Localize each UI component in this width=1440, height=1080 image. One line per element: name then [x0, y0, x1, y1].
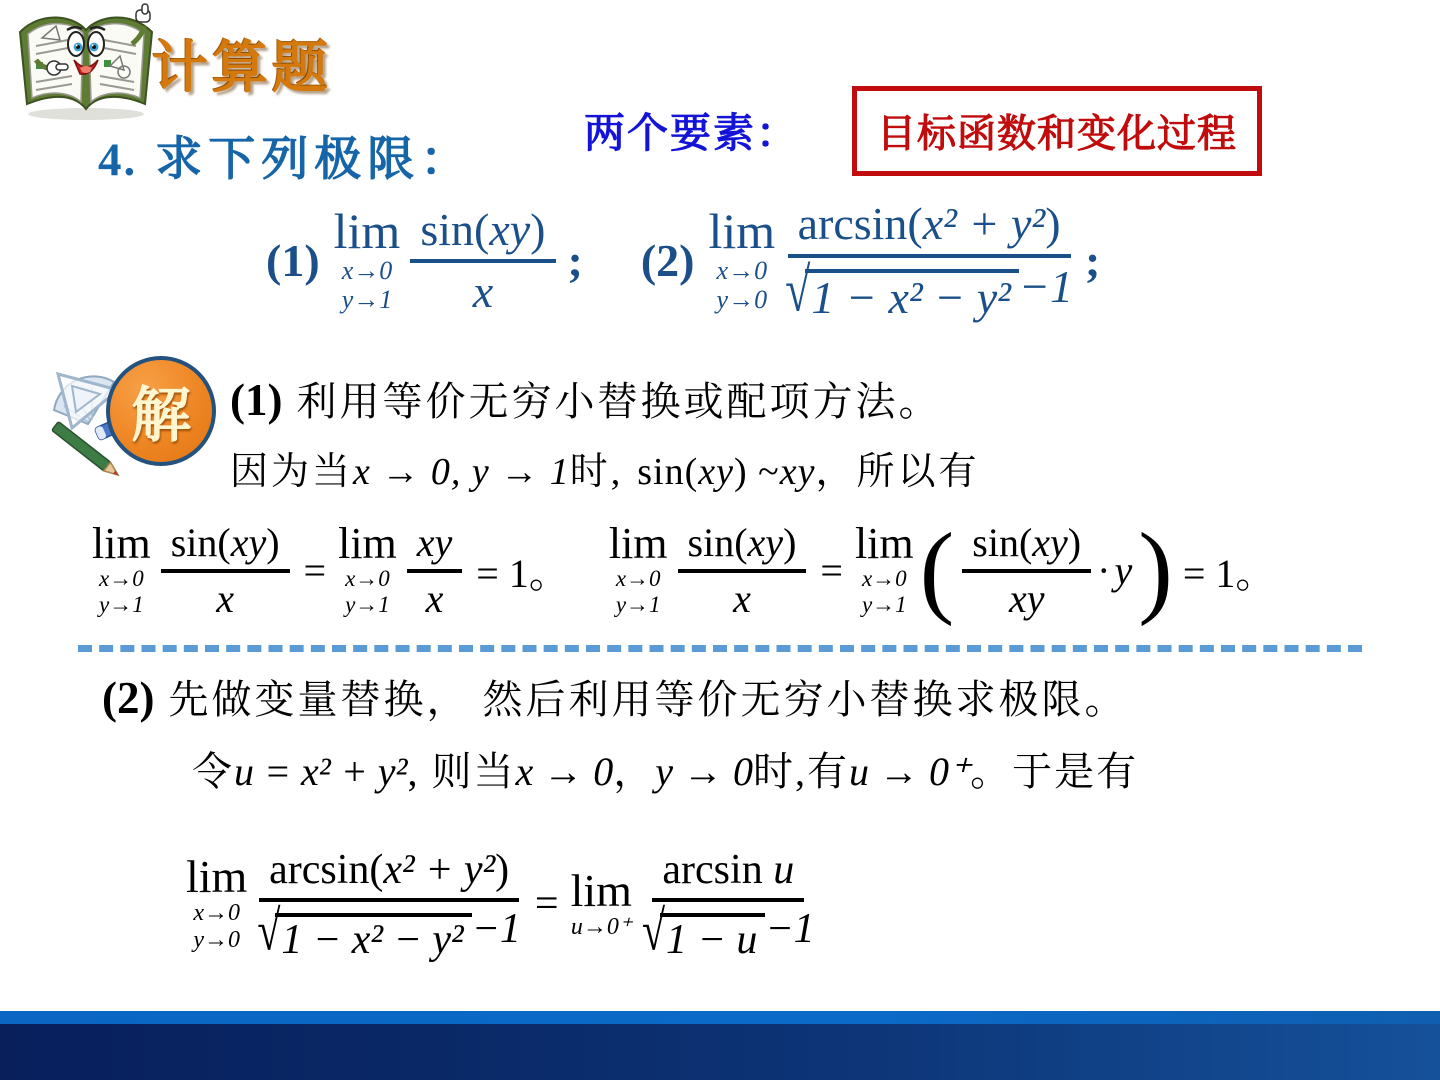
- square-root: √1 − u: [642, 907, 765, 962]
- square-root: √1 − x² − y²: [785, 263, 1019, 322]
- substitution-line: 令 u = x² + y² , 则当 x → 0 ， y → 0 时, 有 u …: [192, 740, 1138, 797]
- target-function-box: 目标函数和变化过程: [852, 86, 1262, 176]
- result: = 1。: [476, 542, 569, 599]
- step2-heading: (2) 先做变量替换， 然后利用等价无穷小替换求极限。: [102, 668, 1127, 725]
- limit-operator: lim u→0⁺: [571, 868, 632, 941]
- two-elements-label: 两个要素：: [584, 100, 799, 159]
- step1-tag: (1): [230, 374, 282, 426]
- fraction: sin(xy) xy: [962, 520, 1091, 620]
- step1-text: 利用等价无穷小替换或配项方法。: [296, 370, 941, 427]
- limit-operator: lim x→0 y→0: [186, 854, 247, 954]
- limit-operator: lim x→0 y→1: [334, 206, 401, 314]
- footer-accent-stripe: [0, 1011, 1440, 1024]
- step2-text: 先做变量替换， 然后利用等价无穷小替换求极限。: [168, 668, 1127, 725]
- limit-operator: lim x→0 y→0: [708, 206, 775, 314]
- formula2-tag: (2): [641, 234, 695, 287]
- because-line: 因为当 x → 0, y → 1 时, sin( xy ) ~ xy ，所以有: [230, 440, 979, 495]
- fraction: sin(xy) x: [161, 520, 290, 620]
- dashed-divider: [78, 645, 1362, 652]
- multiplication-dot: ·: [1097, 547, 1110, 594]
- limit-operator: lim x→0 y→1: [338, 522, 397, 618]
- equals: =: [820, 547, 843, 594]
- page-title: 计算题: [152, 24, 332, 104]
- fraction: sin(xy) x: [678, 520, 807, 620]
- equals: =: [535, 880, 559, 928]
- result: = 1。: [1183, 542, 1276, 599]
- step1-heading: (1) 利用等价无穷小替换或配项方法。: [230, 370, 941, 427]
- derivation-row-1: lim x→0 y→1 sin(xy) x = lim x→0 y→1 xy x…: [88, 496, 1283, 644]
- open-paren: (: [920, 528, 955, 611]
- semicolon: ;: [568, 234, 583, 287]
- limit-operator: lim x→0 y→1: [92, 522, 151, 618]
- equals: =: [304, 547, 327, 594]
- step2-tag: (2): [102, 672, 154, 724]
- semicolon: ;: [1085, 234, 1100, 287]
- solution-badge: 解: [106, 356, 216, 466]
- book-mascot-icon: [12, 2, 160, 124]
- problem-number: 4.: [98, 134, 137, 186]
- limit-operator: lim x→0 y→1: [609, 522, 668, 618]
- fraction: xy x: [407, 520, 463, 620]
- fraction: arcsin u √1 − u−1: [642, 846, 815, 961]
- formula1-tag: (1): [266, 234, 320, 287]
- problem-formulas: (1) lim x→0 y→1 sin(xy) x ; (2) lim x→0 …: [266, 172, 1100, 348]
- fraction: arcsin(x² + y²) √1 − x² − y²−1: [785, 198, 1073, 322]
- fraction: arcsin(x² + y²) √1 − x² − y²−1: [257, 846, 521, 961]
- close-paren: ): [1138, 528, 1173, 611]
- derivation-row-2: lim x→0 y→0 arcsin(x² + y²) √1 − x² − y²…: [182, 824, 821, 984]
- fraction: sin(xy) x: [410, 204, 555, 317]
- footer-navy-bar: [0, 1024, 1440, 1080]
- square-root: √1 − x² − y²: [257, 907, 471, 962]
- limit-operator: lim x→0 y→1: [855, 522, 914, 618]
- slide: 计算题 4.求下列极限： 两个要素： 目标函数和变化过程 (1) lim x→0…: [0, 0, 1440, 1080]
